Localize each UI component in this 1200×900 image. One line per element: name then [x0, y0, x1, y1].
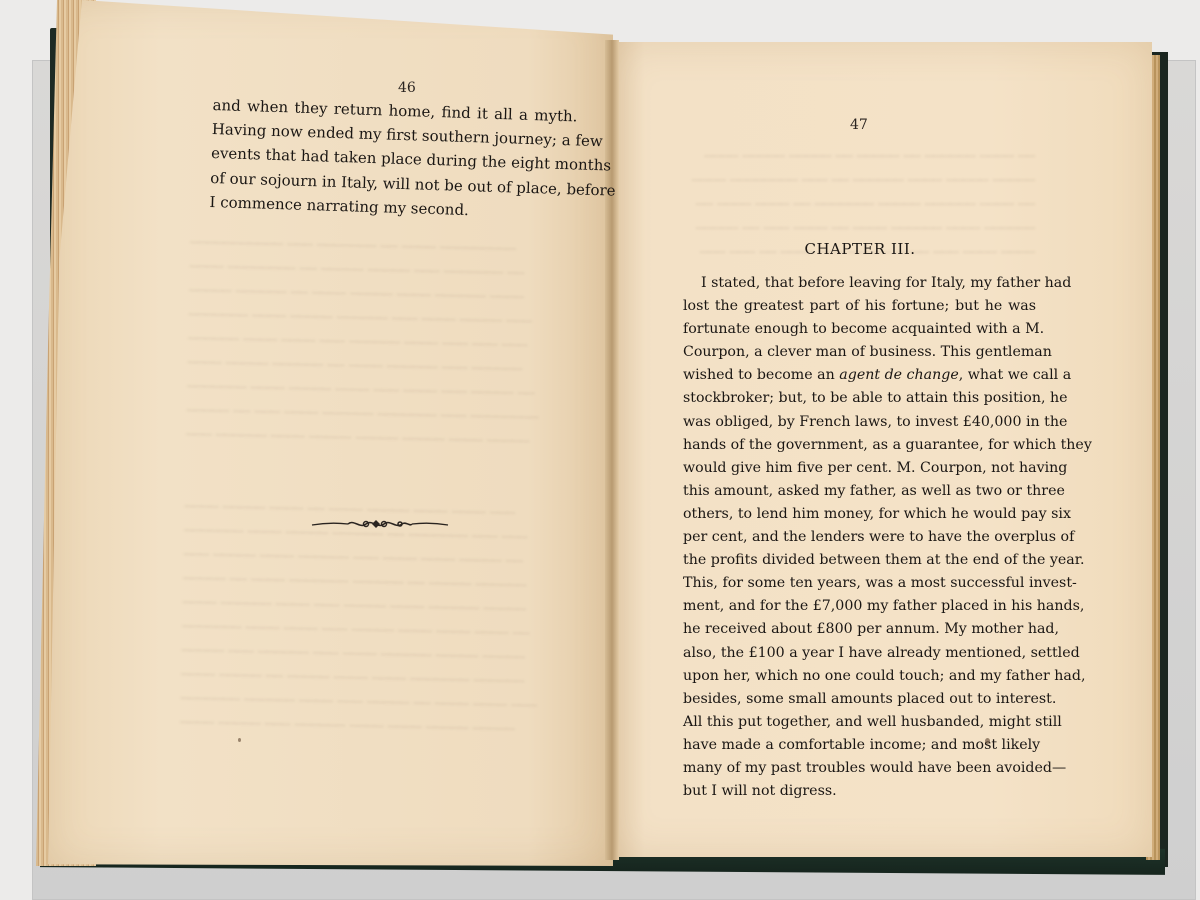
text-line: he received about £800 per annum. My mot…: [683, 618, 1036, 641]
text-line: the profits divided between them at the …: [683, 549, 1036, 572]
text-line: besides, some small amounts placed out t…: [683, 688, 1036, 711]
text-line: was obliged, by French laws, to invest £…: [683, 411, 1036, 434]
text-line: lost the greatest part of his fortune; b…: [683, 295, 1036, 318]
text-line: I stated, that before leaving for Italy,…: [683, 272, 1036, 295]
text-line: also, the £100 a year I have already men…: [683, 642, 1036, 665]
text-line: would give him five per cent. M. Courpon…: [683, 457, 1036, 480]
text-line: per cent, and the lenders were to have t…: [683, 526, 1036, 549]
text-line: this amount, asked my father, as well as…: [683, 480, 1036, 503]
page-number-left: 46: [398, 80, 416, 96]
right-page-text: I stated, that before leaving for Italy,…: [683, 272, 1036, 803]
left-page-text: and when they return home, find it all a…: [209, 93, 578, 225]
text-line: fortunate enough to become acquainted wi…: [683, 318, 1036, 341]
text-line: All this put together, and well husbande…: [683, 711, 1036, 734]
text-line-with-italic: wished to become an agent de change, wha…: [683, 364, 1036, 387]
italic-phrase: agent de change: [839, 367, 958, 383]
ornament-divider-icon: [310, 516, 450, 532]
text-line: but I will not digress.: [683, 780, 1036, 803]
foxing-spot: [238, 738, 241, 742]
text-line: many of my past troubles would have been…: [683, 757, 1036, 780]
page-number-right: 47: [850, 117, 868, 133]
foxing-spot: [985, 738, 990, 744]
text-line: upon her, which no one could touch; and …: [683, 665, 1036, 688]
text-line: Courpon, a clever man of business. This …: [683, 341, 1036, 364]
text-line: ment, and for the £7,000 my father place…: [683, 595, 1036, 618]
text-line: This, for some ten years, was a most suc…: [683, 572, 1036, 595]
text-line: stockbroker; but, to be able to attain t…: [683, 387, 1036, 410]
text-line: hands of the government, as a guarantee,…: [683, 434, 1036, 457]
text-line: others, to lend him money, for which he …: [683, 503, 1036, 526]
chapter-heading: CHAPTER III.: [670, 240, 1050, 258]
text-line: have made a comfortable income; and most…: [683, 734, 1036, 757]
